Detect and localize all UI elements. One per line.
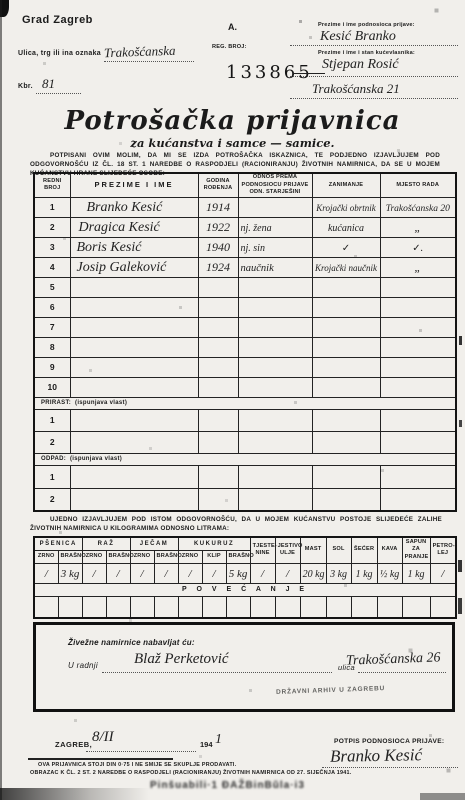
col-header-zanimanje: ZANIMANJE <box>312 173 380 197</box>
supply-value-jecam-zrno: / <box>140 568 143 580</box>
col-header-odnos: ODNOS PREMA PODNOSIOCU PRIJAVE ODN. STAR… <box>238 173 312 197</box>
place-label: ZAGREB, <box>55 740 92 749</box>
date-line <box>86 750 196 752</box>
shop-radnji-label: U radnji <box>68 661 98 670</box>
odpad-note: (ispunjava vlast) <box>70 456 122 462</box>
scan-edge-bottom-smudge-right <box>420 793 465 800</box>
member-row: 10 <box>34 377 456 397</box>
footer-line-1: OVA PRIJAVNICA STOJI DIN 0·75 I NE SMIJE… <box>38 762 236 768</box>
povecanje-row-label: P O V E Ć A N J E <box>34 583 456 596</box>
supply-value-jecam-brasno: / <box>164 568 167 580</box>
member-name-handwritten: Branko Kesić <box>73 200 163 215</box>
shop-radnji-line <box>102 671 332 673</box>
supply-value-petrolej: / <box>441 568 444 580</box>
member-occupation-handwritten: ✓ <box>342 243 350 254</box>
year-handwritten: 1 <box>215 732 222 748</box>
subcol-klip: KLIP <box>202 550 226 563</box>
supply-value-kava: ½ kg <box>380 569 399 580</box>
member-workplace-handwritten: Trakošćanska 20 <box>386 204 450 214</box>
form-letter: A. <box>228 22 237 32</box>
city-heading: Grad Zagreb <box>22 14 93 26</box>
shop-radnji-handwritten: Blaž Perketović <box>134 651 229 668</box>
kbr-handwritten: 81 <box>42 76 55 92</box>
row-number: 1 <box>34 465 70 488</box>
form-title: Potrošačka prijavnica <box>0 106 465 136</box>
group-jestivo-ulje: JESTIVO ULJE <box>275 537 300 563</box>
member-row: 8 <box>34 337 456 357</box>
row-number: 2 <box>34 431 70 453</box>
scanned-form-page: Grad Zagreb Ulica, trg ili ina oznaka Tr… <box>0 0 465 800</box>
reg-number-dash <box>293 73 325 74</box>
odpad-row: 1 <box>34 465 456 488</box>
member-occupation-handwritten: Krojački naučnik <box>315 264 377 273</box>
prirast-note: (ispunjava vlast) <box>75 400 127 406</box>
member-occupation-handwritten: kućanica <box>328 223 364 234</box>
group-jecam: JEČAM <box>130 537 178 550</box>
street-label: Ulica, trg ili ina oznaka <box>18 50 101 57</box>
scan-tick-right-4 <box>458 598 462 614</box>
landlord-handwritten: Stjepan Rosić <box>322 57 399 73</box>
shop-ulica-line <box>358 671 446 673</box>
supplies-values-row: / 3 kg / / / / / / 5 kg / / 20 kg 3 kg 1… <box>34 563 456 583</box>
prirast-row: 1 <box>34 409 456 431</box>
member-row: 9 <box>34 357 456 377</box>
prirast-row: 2 <box>34 431 456 453</box>
odpad-row: 2 <box>34 488 456 511</box>
member-row: 1 Branko Kesić 1914 Krojački obrtnik Tra… <box>34 197 456 217</box>
supplies-empty-row <box>34 596 456 618</box>
reg-number-label: REG. BROJ: <box>212 44 247 50</box>
row-number: 2 <box>34 488 70 511</box>
group-mast: MAST <box>300 537 326 563</box>
signature-handwritten: Branko Kesić <box>330 745 422 767</box>
member-born-handwritten: 1924 <box>206 260 230 274</box>
supply-value-raz-brasno: / <box>116 568 119 580</box>
supplies-declaration-text: UJEDNO IZJAVLJUJEM POD ISTOM ODGOVORNOŠĆ… <box>30 515 442 534</box>
row-number: 1 <box>34 197 70 217</box>
supply-value-psenica-zrno: / <box>45 568 48 580</box>
subcol-zrno: ZRNO <box>178 550 202 563</box>
supply-value-kukuruz-brasno: 5 kg <box>229 568 248 580</box>
member-row: 7 <box>34 317 456 337</box>
member-workplace-handwritten: ✓. <box>412 243 423 254</box>
subcol-brasno: BRAŠNO <box>58 550 82 563</box>
group-sol: SOL <box>326 537 351 563</box>
subcol-brasno: BRAŠNO <box>154 550 178 563</box>
applicant-label: Prezime i ime podnosioca prijave: <box>318 22 415 28</box>
shop-box: Živežne namirnice nabavljat ću: U radnji… <box>33 622 455 712</box>
member-relation-handwritten: nj. žena <box>241 223 272 234</box>
row-number: 7 <box>34 317 70 337</box>
col-header-mjesto-rada: MJESTO RADA <box>380 173 456 197</box>
subcol-brasno: BRAŠNO <box>226 550 250 563</box>
member-row: 3 Boris Kesić 1940 nj. sin ✓ ✓. <box>34 237 456 257</box>
member-row: 2 Dragica Kesić 1922 nj. žena kućanica „ <box>34 217 456 237</box>
supply-value-kukuruz-klip: / <box>213 568 216 580</box>
row-number: 4 <box>34 257 70 277</box>
shop-box-title: Živežne namirnice nabavljat ću: <box>68 638 195 647</box>
supply-value-sol: 3 kg <box>330 569 347 580</box>
member-relation-handwritten: nj. sin <box>241 243 265 254</box>
form-subtitle: za kućanstva i samce — samice. <box>0 136 465 150</box>
member-born-handwritten: 1914 <box>206 200 230 214</box>
scan-tick-right-3 <box>458 560 462 572</box>
street-handwritten: Trakošćanska <box>104 43 176 61</box>
landlord-label: Prezime i ime i stan kućevlasnika: <box>318 50 415 56</box>
supply-value-secer: 1 kg <box>356 569 373 580</box>
member-name-handwritten: Boris Kesić <box>73 240 142 255</box>
member-row: 5 <box>34 277 456 297</box>
col-header-godina: GODINA ROĐENJA <box>198 173 238 197</box>
landlord-line <box>290 75 458 77</box>
date-handwritten: 8/II <box>92 729 114 746</box>
supply-value-psenica-brasno: 3 kg <box>61 568 80 580</box>
row-number: 8 <box>34 337 70 357</box>
member-occupation-handwritten: Krojački obrtnik <box>316 204 375 213</box>
scan-tick-right-1 <box>459 336 462 345</box>
subcol-zrno: ZRNO <box>34 550 58 563</box>
subcol-brasno: BRAŠNO <box>106 550 130 563</box>
row-number: 6 <box>34 297 70 317</box>
supply-value-sapun: 1 kg <box>408 569 425 580</box>
kbr-line <box>36 92 81 94</box>
odpad-label: ODPAD: <box>41 456 66 462</box>
member-workplace-handwritten: „ <box>414 260 421 274</box>
member-workplace-handwritten: „ <box>414 220 421 234</box>
members-table: REDNI BROJ PREZIME I IME GODINA ROĐENJA … <box>33 172 457 512</box>
supply-value-kukuruz-zrno: / <box>189 568 192 580</box>
landlord-address-handwritten: Trakošćanska 21 <box>312 81 400 97</box>
group-tjestenine: TJESTE- NINE <box>250 537 275 563</box>
row-number: 1 <box>34 409 70 431</box>
col-header-prezime-ime: PREZIME I IME <box>70 173 198 197</box>
supply-value-tjestenine: / <box>261 568 264 580</box>
scan-edge-bottom-smudge <box>0 788 150 800</box>
row-number: 5 <box>34 277 70 297</box>
supply-value-jestivo-ulje: / <box>286 568 289 580</box>
group-secer: ŠEĆER <box>351 537 377 563</box>
scan-tick-right-2 <box>459 420 462 427</box>
group-kukuruz: KUKURUZ <box>178 537 250 550</box>
prirast-label: PRIRAST: <box>41 400 71 406</box>
member-name-handwritten: Josip Galeković <box>73 260 167 275</box>
row-number: 9 <box>34 357 70 377</box>
kbr-label: Kbr. <box>18 83 33 90</box>
signature-label: POTPIS PODNOSIOCA PRIJAVE: <box>334 738 444 745</box>
supplies-table: PŠENICA RAŽ JEČAM KUKURUZ TJESTE- NINE J… <box>33 536 457 619</box>
illegible-bottom-stamp: Pinšuabili·1 ĐAŽBinBŭla·i3 <box>150 780 305 791</box>
member-born-handwritten: 1922 <box>206 220 230 234</box>
prirast-section-header: PRIRAST: (ispunjava vlast) <box>34 397 456 409</box>
group-psenica: PŠENICA <box>34 537 82 550</box>
shop-ulica-handwritten: Trakošćanska 26 <box>346 650 441 669</box>
member-row: 4 Josip Galeković 1924 naučnik Krojački … <box>34 257 456 277</box>
odpad-section-header: ODPAD: (ispunjava vlast) <box>34 453 456 465</box>
member-name-handwritten: Dragica Kesić <box>73 220 160 235</box>
subcol-zrno: ZRNO <box>130 550 154 563</box>
row-number: 3 <box>34 237 70 257</box>
row-number: 10 <box>34 377 70 397</box>
group-raz: RAŽ <box>82 537 130 550</box>
member-relation-handwritten: naučnik <box>241 263 274 274</box>
group-kava: KAVA <box>377 537 402 563</box>
col-header-redni-broj: REDNI BROJ <box>34 173 70 197</box>
landlord-address-line <box>290 97 458 99</box>
footer-rule <box>28 758 173 760</box>
member-row: 6 <box>34 297 456 317</box>
row-number: 2 <box>34 217 70 237</box>
member-born-handwritten: 1940 <box>206 240 230 254</box>
supply-value-raz-zrno: / <box>92 568 95 580</box>
group-petrolej: PETRO- LEJ <box>430 537 456 563</box>
group-sapun: SAPUN ZA PRANJE <box>402 537 430 563</box>
archive-stamp: DRŽAVNI ARHIV U ZAGREBU <box>276 685 385 696</box>
applicant-handwritten: Kesić Branko <box>320 29 396 45</box>
year-printed: 194 <box>200 740 213 749</box>
supply-value-mast: 20 kg <box>303 569 325 580</box>
footer-line-2: OBRAZAC K ČL. 2 ST. 2 NAREDBE O RASPODJE… <box>30 770 352 776</box>
subcol-zrno: ZRNO <box>82 550 106 563</box>
